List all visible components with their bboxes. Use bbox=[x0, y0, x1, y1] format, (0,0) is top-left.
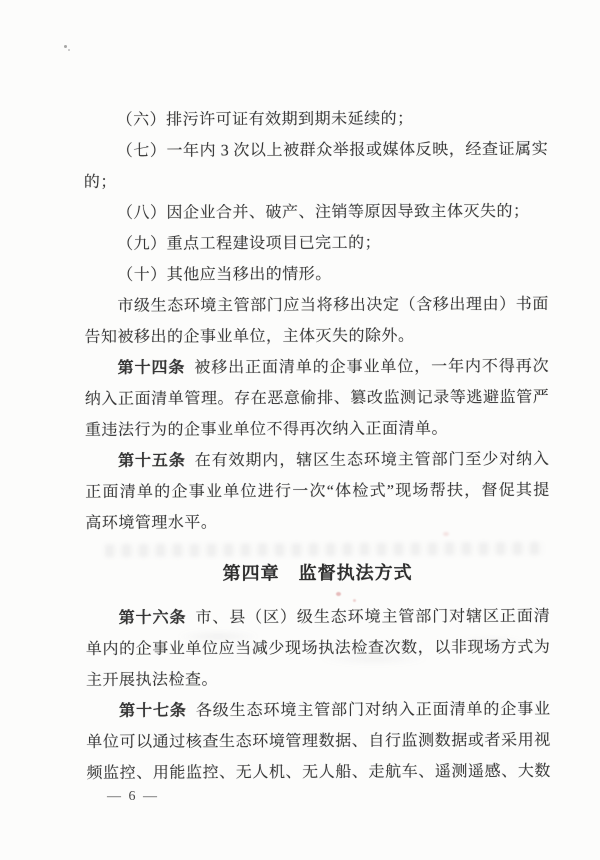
article-number: 第十六条 bbox=[119, 610, 187, 627]
text-line: 第十六条市、县（区）级生态环境主管部门对辖区正面清 bbox=[86, 601, 550, 634]
document-body: （六）排污许可证有效期到期未延续的；（七）一年内 3 次以上被群众举报或媒体反映… bbox=[84, 103, 551, 789]
ink-speck bbox=[64, 45, 67, 48]
text-line: 单位可以通过核查生态环境管理数据、自行监测数据或者采用视 bbox=[86, 725, 550, 758]
text-line: 频监控、用能监控、无人机、无人船、走航车、遥测遥感、大数 bbox=[86, 756, 550, 789]
article-text: 各级生态环境主管部门对纳入正面清单的企事业 bbox=[196, 701, 550, 720]
text-line: 第十四条被移出正面清单的企事业单位，一年内不得再次 bbox=[85, 351, 549, 384]
text-line: （六）排污许可证有效期到期未延续的； bbox=[84, 103, 548, 136]
article-text: 被移出正面清单的企事业单位，一年内不得再次 bbox=[194, 358, 548, 377]
text-line: 高环境管理水平。 bbox=[85, 506, 549, 539]
text-line: 第十七条各级生态环境主管部门对纳入正面清单的企事业 bbox=[86, 694, 550, 727]
text-line: 纳入正面清单管理。存在恶意偷排、篡改监测记录等逃避监管严 bbox=[85, 382, 549, 415]
article-text: 在有效期内，辖区生态环境主管部门至少对纳入 bbox=[195, 451, 549, 470]
text-line: （七）一年内 3 次以上被群众举报或媒体反映，经查证属实 bbox=[84, 134, 548, 167]
text-line: 的； bbox=[84, 165, 548, 198]
ink-speck bbox=[68, 49, 70, 51]
article-number: 第十七条 bbox=[119, 703, 187, 720]
text-line: 主开展执法检查。 bbox=[86, 663, 550, 696]
text-line: 告知被移出的企事业单位，主体灭失的除外。 bbox=[84, 320, 548, 353]
text-line: 市级生态环境主管部门应当将移出决定（含移出理由）书面 bbox=[84, 289, 548, 322]
chapter-heading: 第四章 监督执法方式 bbox=[85, 557, 549, 589]
text-line: 第十五条在有效期内，辖区生态环境主管部门至少对纳入 bbox=[85, 444, 549, 477]
text-line: 重违法行为的企事业单位不得再次纳入正面清单。 bbox=[85, 413, 549, 446]
page-number: — 6 — bbox=[107, 789, 159, 805]
text-line: （九）重点工程建设项目已完工的； bbox=[84, 227, 548, 260]
article-number: 第十四条 bbox=[118, 360, 186, 377]
text-line: （八）因企业合并、破产、注销等原因导致主体灭失的； bbox=[84, 196, 548, 229]
text-line: （十）其他应当移出的情形。 bbox=[84, 258, 548, 291]
text-line: 正面清单的企事业单位进行一次“体检式”现场帮扶，督促其提 bbox=[85, 475, 549, 508]
text-line: 单内的企事业单位应当减少现场执法检查次数，以非现场方式为 bbox=[86, 632, 550, 665]
article-number: 第十五条 bbox=[118, 453, 186, 470]
article-text: 市、县（区）级生态环境主管部门对辖区正面清 bbox=[195, 608, 549, 627]
scanned-document-page: （六）排污许可证有效期到期未延续的；（七）一年内 3 次以上被群众举报或媒体反映… bbox=[0, 0, 600, 860]
